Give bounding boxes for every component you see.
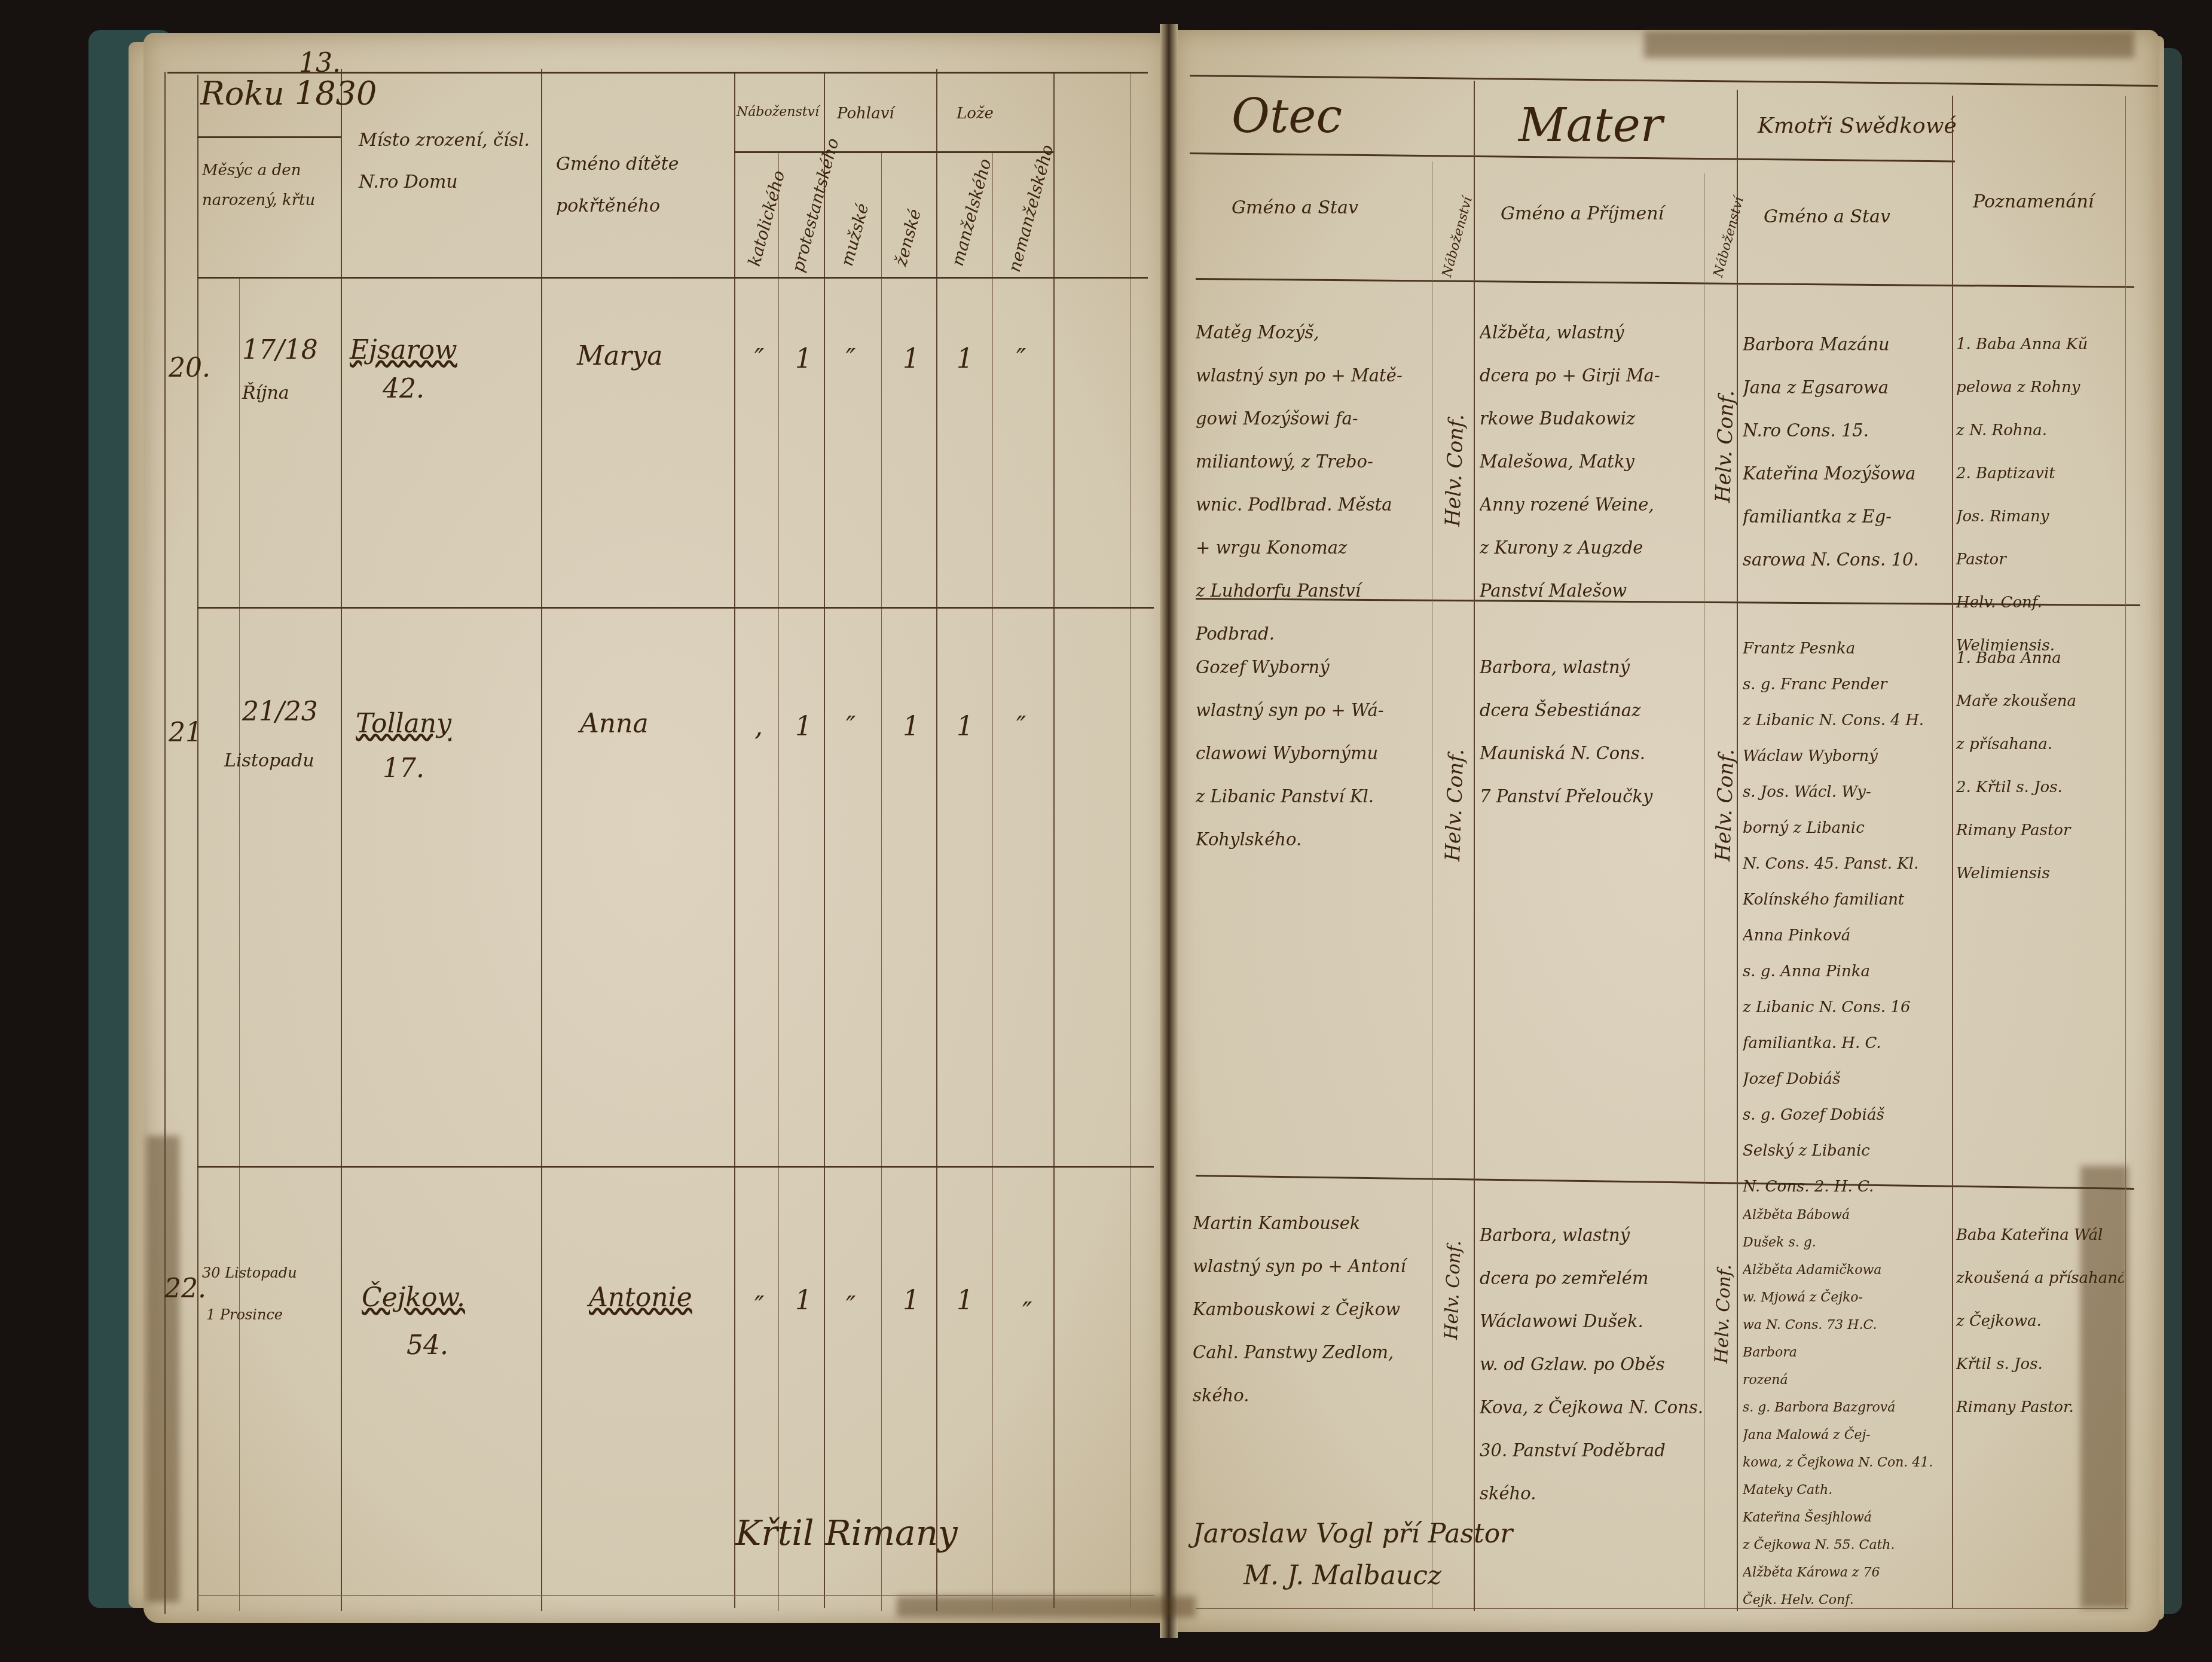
entry-remarks: Baba Kateřina Wálzkoušená a přísahaná z …	[1956, 1214, 2124, 1429]
mark-female: 1	[903, 1285, 919, 1316]
header-remarks: Pozname­nání	[1973, 191, 2094, 212]
header-bed: Lože	[957, 105, 994, 123]
book-gutter	[1160, 24, 1178, 1638]
entry-father-religion: Helv. Conf.	[1441, 414, 1469, 527]
water-stain	[146, 1136, 179, 1602]
entry-house-number: 42.	[383, 374, 424, 404]
entry-father: Martin Kambousekwlastný syn po + Antoní …	[1193, 1202, 1426, 1417]
grid-line	[1474, 81, 1475, 1611]
header-mother-sub: Gméno a Příjmení	[1501, 203, 1664, 224]
entry-date: 21/23	[242, 696, 318, 727]
entry-remarks: 1. Baba Anna Kŭpelowa z Rohny z N. Rohna…	[1956, 323, 2124, 667]
header-sex: Pohlaví	[837, 105, 894, 123]
entry-month: Listopadu	[224, 750, 314, 771]
mark-protestant: 1	[795, 1285, 812, 1316]
entry-remarks: 1. Baba AnnaMaře zkoušena z přísahana.2.…	[1956, 637, 2124, 895]
grid-line	[1053, 72, 1055, 1608]
entry-father: Gozef Wybornýwlastný syn po + Wá- clawow…	[1196, 646, 1429, 861]
mark-female: 1	[903, 711, 919, 742]
grid-line	[197, 607, 1154, 609]
entry-place: Čejkow.	[362, 1282, 465, 1313]
grid-line	[341, 69, 342, 1611]
signature-left: Křtil Rimany	[735, 1513, 958, 1553]
mark-catholic: ″	[754, 344, 764, 374]
grid-line	[1952, 96, 1953, 1608]
mark-male: ″	[846, 1291, 856, 1322]
entry-father: Matěg Mozýš,wlastný syn po + Matě- gowi …	[1196, 311, 1429, 655]
year-label: Roku 1830	[200, 75, 377, 112]
grid-line	[197, 136, 341, 138]
grid-line	[778, 152, 779, 1611]
mark-nonmarital: ″	[1022, 1297, 1032, 1328]
entry-mother-religion: Helv. Conf.	[1711, 1264, 1736, 1364]
entry-month: 1 Prosince	[206, 1306, 283, 1323]
grid-line	[197, 277, 1148, 279]
grid-line	[1432, 161, 1432, 1608]
mark-female: 1	[903, 344, 919, 374]
entry-number: 21	[169, 717, 202, 748]
mark-protestant: 1	[795, 711, 812, 742]
grid-line	[992, 152, 993, 1611]
grid-line	[881, 152, 882, 1611]
grid-line	[197, 1595, 1154, 1596]
grid-line	[1130, 72, 1131, 1608]
grid-line	[541, 69, 542, 1611]
header-place: Místo zrození, čísl. N.ro Domu	[359, 120, 532, 203]
signature-right-line1: Jaroslaw Vogl pří Pastor	[1193, 1519, 1513, 1549]
mark-nonmarital: ″	[1016, 711, 1026, 742]
entry-child-name: Anna	[580, 708, 649, 739]
signature-right-line2: M. J. Malbaucz	[1244, 1560, 1441, 1591]
grid-line	[936, 69, 937, 1611]
header-godparents-sub: Gméno a Stav	[1764, 206, 1890, 227]
entry-father-religion: Helv. Conf.	[1441, 748, 1469, 861]
header-religion: Náboženství	[737, 105, 819, 120]
entry-child-name: Antonie	[589, 1282, 692, 1313]
header-child-name: Gméno dítěte pokřtěného	[556, 143, 711, 227]
entry-month: Října	[242, 383, 289, 404]
mark-marital: 1	[957, 1285, 973, 1316]
grid-line	[824, 72, 825, 1608]
entry-father-religion: Helv. Conf.	[1441, 1240, 1465, 1340]
grid-line	[2125, 96, 2126, 1608]
mark-marital: 1	[957, 344, 973, 374]
header-mother: Mater	[1519, 99, 1663, 152]
entry-date: 17/18	[242, 335, 318, 365]
entry-date: 30 Listopadu	[202, 1264, 297, 1281]
mark-nonmarital: ″	[1016, 344, 1026, 374]
grid-line	[734, 151, 1053, 153]
grid-line	[164, 72, 166, 1614]
entry-godparents: Frantz Pesnkas. g. Franc Pender z Libani…	[1743, 631, 1949, 1205]
entry-godparents: Alžběta BábowáDušek s. g. Alžběta Adamič…	[1743, 1202, 1949, 1614]
entry-godparents: Barbora MazánuJana z Egsarowa N.ro Cons.…	[1743, 323, 1949, 581]
header-father-sub: Gméno a Stav	[1232, 197, 1358, 218]
header-father: Otec	[1232, 90, 1342, 143]
entry-house-number: 17.	[383, 753, 424, 784]
mark-male: ″	[846, 711, 856, 742]
water-stain	[897, 1596, 1196, 1617]
entry-mother-religion: Helv. Conf.	[1711, 748, 1739, 861]
entry-place: Ejsarow	[350, 335, 457, 365]
header-godparents: Kmotři Swědkowé	[1758, 114, 1957, 138]
mark-male: ″	[846, 344, 856, 374]
mark-catholic: ,	[754, 711, 763, 742]
grid-line	[1737, 90, 1738, 1611]
mark-protestant: 1	[795, 344, 812, 374]
entry-place: Tollany	[356, 708, 451, 739]
grid-line	[197, 1166, 1154, 1168]
entry-child-name: Marya	[577, 341, 662, 371]
mark-marital: 1	[957, 711, 973, 742]
water-stain	[1644, 31, 2134, 58]
grid-line	[239, 278, 240, 1611]
entry-mother: Barbora, wlastnýdcera Šebestiánaz Maunis…	[1480, 646, 1704, 818]
grid-line	[1196, 1608, 2128, 1609]
grid-line	[197, 75, 198, 1611]
mark-catholic: ″	[754, 1291, 764, 1322]
header-date: Měsýc a den narozený, křtu	[202, 155, 338, 215]
entry-number: 20.	[169, 353, 210, 383]
grid-line	[734, 72, 735, 1608]
entry-mother: Barbora, wlastnýdcera po zemřelém Wáclaw…	[1480, 1214, 1704, 1515]
grid-line	[1704, 173, 1704, 1608]
entry-house-number: 54.	[407, 1330, 448, 1361]
entry-mother-religion: Helv. Conf.	[1711, 390, 1739, 503]
entry-number: 22.	[164, 1273, 206, 1304]
entry-mother: Alžběta, wlastnýdcera po + Girji Ma- rko…	[1480, 311, 1704, 612]
page-number: 13.	[299, 48, 341, 78]
